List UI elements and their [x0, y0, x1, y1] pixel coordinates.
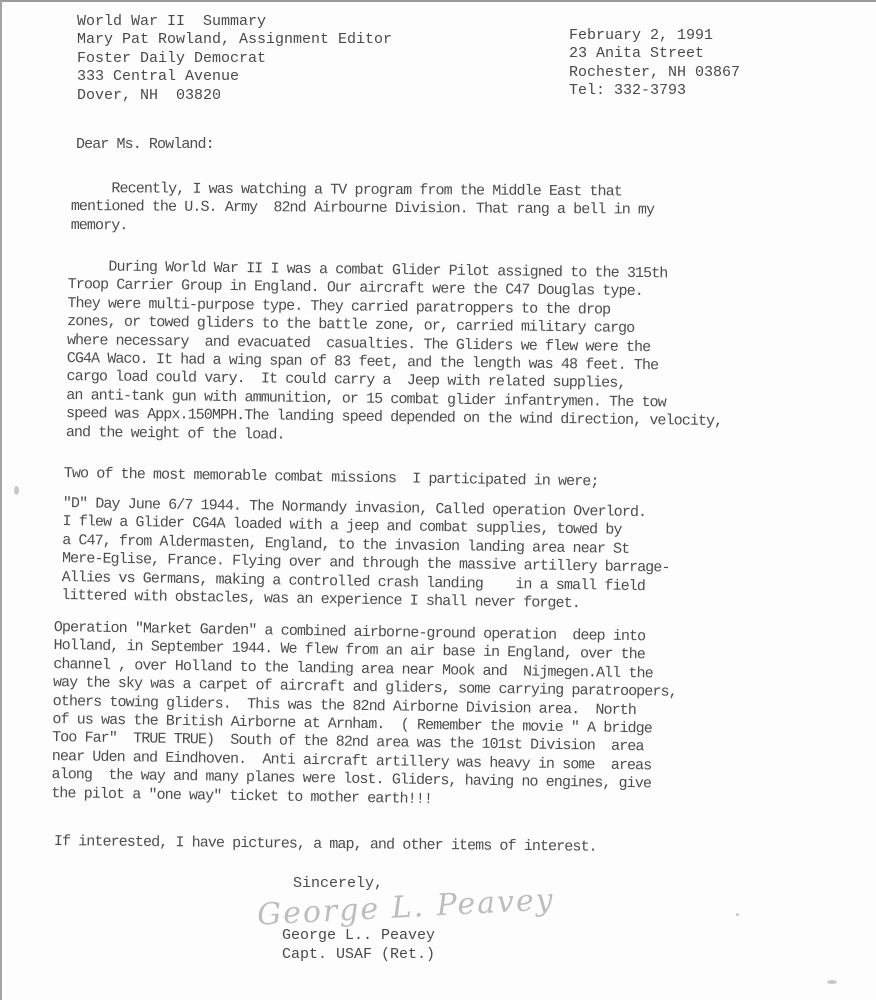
- paragraph-closing-offer: If interested, I have pictures, a map, a…: [54, 833, 597, 857]
- scan-artifact: [14, 486, 19, 495]
- paragraph-line: If interested, I have pictures, a map, a…: [54, 833, 597, 857]
- paragraph-line: Two of the most memorable combat mission…: [64, 465, 599, 492]
- scan-artifact: [827, 980, 837, 984]
- sender-address-block: February 2, 1991 23 Anita Street Rochest…: [569, 27, 740, 101]
- recipient-organization: Foster Daily Democrat: [77, 50, 392, 68]
- signer-title: Capt. USAF (Ret.): [282, 946, 435, 964]
- paragraph-market-garden: Operation "Market Garden" a combined air…: [51, 619, 678, 813]
- paragraph-glider-pilot: During World War II I was a combat Glide…: [66, 258, 724, 450]
- closing: Sincerely,: [293, 875, 383, 893]
- sender-phone: Tel: 332-3793: [569, 82, 740, 100]
- subject-line: World War II Summary: [77, 13, 392, 31]
- sender-street: 23 Anita Street: [569, 45, 740, 63]
- paragraph-line: mentioned the U.S. Army 82nd Airbourne D…: [71, 198, 654, 220]
- paragraph-d-day: "D" Day June 6/7 1944. The Normandy inva…: [61, 495, 670, 615]
- sender-city: Rochester, NH 03867: [569, 64, 740, 82]
- salutation: Dear Ms. Rowland:: [76, 136, 214, 154]
- letter-date: February 2, 1991: [569, 27, 740, 45]
- letter-page: World War II Summary Mary Pat Rowland, A…: [0, 0, 876, 1000]
- recipient-city: Dover, NH 03820: [77, 87, 392, 105]
- recipient-address-block: World War II Summary Mary Pat Rowland, A…: [77, 13, 392, 105]
- paragraph-missions-intro: Two of the most memorable combat mission…: [64, 465, 599, 492]
- recipient-name: Mary Pat Rowland, Assignment Editor: [77, 31, 392, 49]
- scan-artifact: [736, 913, 739, 916]
- recipient-street: 333 Central Avenue: [77, 68, 392, 86]
- paragraph-intro: Recently, I was watching a TV program fr…: [71, 180, 655, 239]
- paragraph-line: memory.: [71, 217, 654, 239]
- signer-name: George L.. Peavey: [282, 927, 435, 945]
